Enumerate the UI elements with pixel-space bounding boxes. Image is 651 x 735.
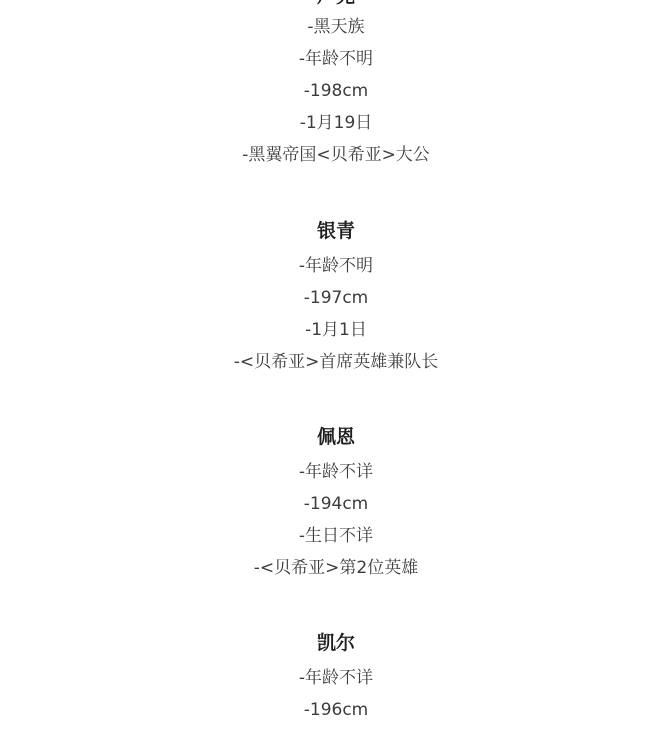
profile-line: -黑翼帝国<贝希亚>大公 [0, 144, 651, 166]
profile-line: -194cm [0, 493, 651, 515]
profile-line: -<贝希亚>第2位英雄 [0, 557, 651, 579]
profile-name: 凯尔 [0, 631, 651, 655]
profile-line: -年龄不详 [0, 461, 651, 483]
profile-name: 卢克 [0, 0, 651, 8]
profile-line: -黑天族 [0, 16, 651, 38]
profile-line: -年龄不详 [0, 667, 651, 689]
profile-line: -1月1日 [0, 319, 651, 341]
profile-line: -1月19日 [0, 112, 651, 134]
profile-line: -年龄不明 [0, 255, 651, 277]
profile-line: -197cm [0, 287, 651, 309]
profile-line: -198cm [0, 80, 651, 102]
profile-line: -196cm [0, 699, 651, 721]
profile-line: -生日不详 [0, 525, 651, 547]
profile-line: -<贝希亚>首席英雄兼队长 [0, 351, 651, 373]
profile-name: 银青 [0, 219, 651, 243]
profile-line: -年龄不明 [0, 48, 651, 70]
profile-name: 佩恩 [0, 425, 651, 449]
